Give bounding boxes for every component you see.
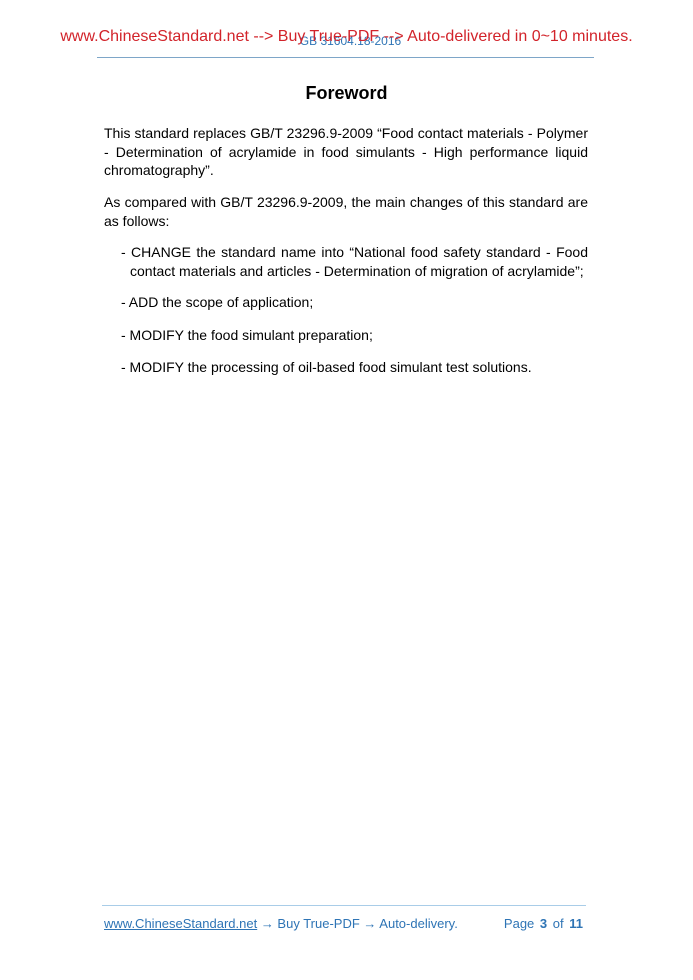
paragraph-replaces: This standard replaces GB/T 23296.9-2009… [104, 124, 588, 180]
list-item: - CHANGE the standard name into “Nationa… [121, 243, 588, 280]
page-of-label: of [553, 916, 564, 931]
footer-divider [102, 905, 586, 906]
page-current: 3 [540, 916, 547, 931]
page-number: Page 3 of 11 [504, 915, 583, 933]
website-link[interactable]: www.ChineseStandard.net [104, 916, 257, 931]
promo-banner-text: www.ChineseStandard.net --> Buy True-PDF… [0, 27, 693, 47]
list-item: - ADD the scope of application; [121, 293, 588, 312]
footer-tagline: → Buy True-PDF → Auto-delivery. [257, 916, 458, 931]
list-item: - MODIFY the processing of oil-based foo… [121, 358, 588, 377]
footer-promo: www.ChineseStandard.net → Buy True-PDF →… [104, 915, 458, 933]
list-item: - MODIFY the food simulant preparation; [121, 326, 588, 345]
page-label: Page [504, 916, 534, 931]
header-divider [97, 57, 594, 58]
paragraph-changes-intro: As compared with GB/T 23296.9-2009, the … [104, 193, 588, 230]
page-title: Foreword [0, 82, 693, 104]
page-total: 11 [569, 916, 583, 931]
